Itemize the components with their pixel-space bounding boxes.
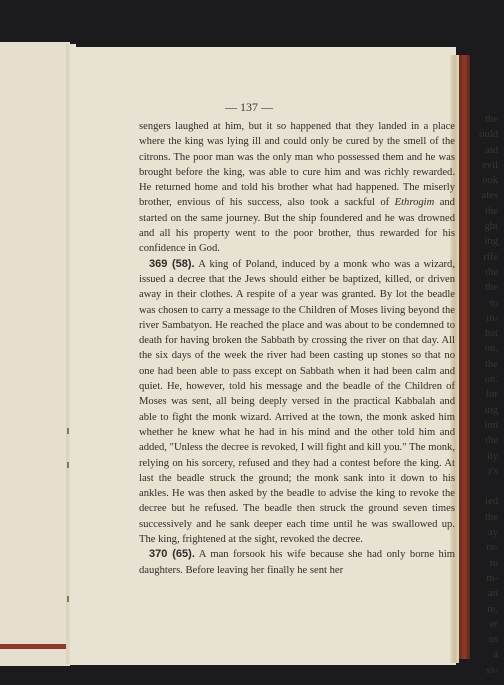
left-page: [0, 42, 70, 666]
book-cover-bottom: [0, 644, 66, 649]
gutter-mark: [67, 428, 69, 434]
book-cover-edge: [459, 55, 470, 659]
paragraph-369: 369 (58). A king of Poland, induced by a…: [139, 257, 455, 548]
page-body: sengers laughed at him, but it so happen…: [139, 119, 455, 578]
gutter-mark: [67, 462, 69, 468]
italic-term: Ethrogim: [395, 197, 435, 208]
paragraph-370: 370 (65). A man forsook his wife because…: [139, 547, 455, 578]
gutter-mark: [67, 596, 69, 602]
story-number: 370 (65).: [149, 548, 195, 560]
left-page-text: the ould aid evil ook ates the ght ing r…: [479, 112, 498, 678]
story-number: 369 (58).: [149, 258, 195, 270]
page-number: — 137 —: [225, 100, 273, 115]
paragraph-continuation: sengers laughed at him, but it so happen…: [139, 119, 455, 257]
